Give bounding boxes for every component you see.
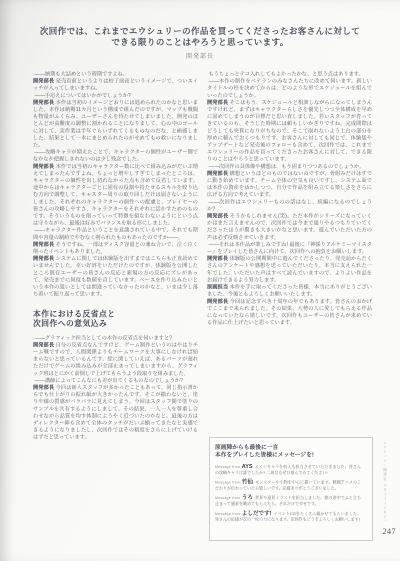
paragraph-text: ――本作の制作をベテランのみなさんたちに改めて伺います。新しいタイトルの柱を決め…	[207, 79, 372, 99]
paragraph-text: ――手応えについてはいかがでしょうか?	[35, 93, 131, 99]
speaker-name: 開発部長	[33, 256, 54, 262]
speaker-name: 開発部長	[33, 385, 54, 391]
quote-attribution: 開発部長	[0, 51, 400, 60]
interview-answer: 開発部長体験版の公開期間中に遊んでくださったり、発売前からたくさんのアンケートや…	[207, 256, 372, 284]
interview-question: ――本作の制作をベテランのみなさんたちに改めて伺います。新しいタイトルの柱を決め…	[207, 78, 372, 99]
paragraph-text: 本作では当初のキャラクター数に比べて組み込みがだいぶ増えてしまったんですよね。ち…	[33, 164, 198, 226]
section-heading-line1: 本作における反省点と	[33, 310, 116, 319]
speaker-name: 開発部長	[33, 242, 54, 248]
message-from-label: Message from	[215, 512, 240, 516]
paragraph-text: そうですね。一部はディスク容量との兼ね合いで、泣く泣く削ったイベントもありました…	[33, 242, 198, 255]
message-entries: Message fromAYSメインキャラを何人も担当させていただきました。皆さ…	[215, 464, 361, 522]
page-number: 247	[372, 527, 396, 536]
speaker-name: 開発部長	[207, 256, 228, 262]
message-from-label: Message from	[215, 481, 240, 485]
interview-answer: 開発部長今回は新人スタッフが多かったこともあって、同じ指示書からでも仕上がりの振…	[33, 384, 198, 441]
paragraph-continuation: もうちょっとテコ入れしてもよかったかな、と思う点はあります。	[207, 71, 372, 78]
interview-answer: 開発部長そうですね。一部はディスク容量との兼ね合いで、泣く泣く削ったイベントもあ…	[33, 241, 198, 255]
scanned-book-page: { "page": { "page_number": "247", "side_…	[0, 0, 400, 561]
paragraph-text: ――グラフィック担当としての本作の反省点を伺いますと?	[35, 335, 173, 341]
right-column: もうちょっとテコ入れしてもよかったかな、と思う点はあります。 ――本作の制作をベ…	[207, 71, 373, 427]
section-heading-line2: 次回作への意気込み	[33, 320, 107, 329]
speaker-name: 原画担当	[207, 285, 228, 291]
side-caption: エウシュリー開発室 スタッフインタビュー	[382, 441, 391, 521]
interview-answer: 開発部長システムに関しては体験版を出すまではこちらも正直読めていませんでした。幸…	[33, 256, 198, 299]
paragraph-text: 本作は当初のイメージどおりには進められたのかなと思いました。本作は納期11カ月と…	[33, 100, 198, 148]
paragraph-text: ――それは本作品が楽しみですね! 最後に『神採りアルケミーマイスター』をプレイし…	[207, 242, 372, 255]
paragraph-text: もうちょっとテコ入れしてもよかったかな、と思う点はあります。	[209, 72, 364, 78]
paragraph-text: ――キャラクター作品ということを意識されている中で、それでも期間や容量の制約でや…	[33, 228, 198, 241]
title-quote-line2: できる限りのことはやろうと思っています。	[0, 37, 400, 48]
message-from-label: Message from	[215, 497, 240, 501]
paragraph-text: ――次回作の具体像や構想は、もう固まりつつあるのでしょうか。	[209, 164, 365, 170]
paragraph-text: ――次回作はエウシュリーものの話はなし、続編になるのでしょうか?	[207, 199, 372, 212]
message-box-heading: 原画陣からも最後に一言 本作をプレイした皆様にメッセージを!	[215, 444, 361, 459]
artist-message: Message fromうろ背景や遠景イラストを担当しました。旅の途中でふと立ち…	[215, 495, 361, 507]
artist-message: Message from竹仙モンスターや小物を中心に描いています。戦闘アニメのこ…	[215, 480, 361, 492]
paragraph-text: ――講師によってこんなにも差が出てくるものなのでしょうか?	[35, 378, 183, 384]
artist-name: AYS	[242, 464, 253, 470]
interview-question: ――攻略キャラが増えたことで、キャラクターの個性がユーザー側でなかなか把握しきれ…	[33, 149, 198, 163]
title-quote-line1: 次回作では、これまでエウシュリーの作品を買ってくださったお客さんに対して	[0, 26, 400, 37]
paragraph-text: そこはもう、スケジュールと相談しながらになってしまうんですけれど、まずはキャラク…	[207, 100, 372, 162]
section-heading: 本作における反省点と 次回作への意気込み	[33, 309, 198, 329]
speaker-name: 開発部長	[33, 164, 54, 170]
artist-name: 竹仙	[242, 479, 253, 485]
interview-question: ――手応えについてはいかがでしょうか?	[33, 92, 198, 99]
paragraph-text: 体験版の公開期間中に遊んでくださったり、発売前からたくさんのアンケートや感想を送…	[207, 256, 372, 283]
speaker-name: 開発部長	[207, 171, 228, 177]
interview-answer: 開発部長発売直前というよりは校了前夜というイメージで、ついスイッチが入ってしまい…	[33, 78, 198, 92]
interview-answer: 開発部長本作では当初のキャラクター数に比べて組み込みがだいぶ増えてしまったんです…	[33, 163, 198, 227]
message-box-heading-line1: 原画陣からも最後に一言	[215, 445, 278, 451]
paragraph-text: 自分の反省点なんですけど、ゲーム制作というのはやはりチーム戦ですので、人間関係よ…	[33, 342, 198, 376]
interview-question: ――キャラクター作品ということを意識されている中で、それでも期間や容量の制約でや…	[33, 227, 198, 241]
artist-message-box: 原画陣からも最後に一言 本作をプレイした皆様にメッセージを! Message f…	[209, 437, 373, 541]
speaker-name: 開発部長	[33, 342, 54, 348]
page-title: 次回作では、これまでエウシュリーの作品を買ってくださったお客さんに対して できる…	[0, 26, 400, 60]
speaker-name: 開発部長	[207, 299, 228, 305]
interview-question: ――それは本作品が楽しみですね! 最後に『神採りアルケミーマイスター』をプレイし…	[207, 241, 372, 255]
artist-name: うろ	[242, 495, 253, 501]
paragraph-text: 構想というほどのものではないのですが、骨組みだけはすでに動き始めています。チーム…	[207, 171, 372, 198]
speaker-name: 開発部長	[207, 214, 228, 220]
paragraph-text: 発売直前というよりは校了前夜というイメージで、ついスイッチが入ってしまいますね。	[33, 79, 198, 92]
interview-answer: 原画担当本作を手に取ってくださった皆様、本当にありがとうございました。今後ともよ…	[207, 284, 372, 298]
speaker-name: 開発部長	[33, 79, 54, 85]
interview-answer: 開発部長そこはもう、スケジュールと相談しながらになってしまうんですけれど、まずは…	[207, 99, 372, 163]
interview-question: ――納期も大詰めという時期ですよね。	[33, 71, 198, 78]
paragraph-text: ――納期も大詰めという時期ですよね。	[35, 72, 129, 78]
side-caption-text: エウシュリー開発室 スタッフインタビュー	[382, 441, 387, 521]
paragraph-text: 今回は新人スタッフが多かったこともあって、同じ指示書からでも仕上がりの振れ幅が大…	[33, 385, 198, 440]
interview-question: ――次回作はエウシュリーものの話はなし、続編になるのでしょうか?	[207, 199, 372, 213]
interview-answer: 開発部長本作は当初のイメージどおりには進められたのかなと思いました。本作は納期1…	[33, 99, 198, 149]
paragraph-text: そうかもしれません(笑)。ただ本作がシリーズになっていくかはまだ言えませんので、…	[207, 214, 372, 241]
paragraph-text: 今回は記念すべき十周年の年でもあります。皆さんのおかげでここまで来られました。そ…	[207, 299, 372, 326]
interview-question: ――次回作の具体像や構想は、もう固まりつつあるのでしょうか。	[207, 163, 372, 170]
interview-answer: 開発部長今回は記念すべき十周年の年でもあります。皆さんのおかげでここまで来られま…	[207, 298, 372, 326]
paragraph-text: システムに関しては体験版を出すまではこちらも正直読めていませんでした。幸い好評を…	[33, 256, 198, 297]
interview-question: ――講師によってこんなにも差が出てくるものなのでしょうか?	[33, 377, 198, 384]
paragraph-text: ――攻略キャラが増えたことで、キャラクターの個性がユーザー側でなかなか把握しきれ…	[33, 150, 198, 163]
paragraph-text: 本作を手に取ってくださった皆様、本当にありがとうございました。今後ともよろしくお…	[207, 285, 372, 298]
artist-name: よしだです!	[242, 510, 272, 516]
interview-answer: 開発部長構想というほどのものではないのですが、骨組みだけはすでに動き始めています…	[207, 170, 372, 198]
left-column: ――納期も大詰めという時期ですよね。 開発部長発売直前というよりは校了前夜という…	[33, 71, 198, 541]
speaker-name: 開発部長	[207, 100, 228, 106]
message-box-heading-line2: 本作をプレイした皆様にメッセージを!	[215, 452, 314, 458]
interview-question: ――グラフィック担当としての本作の反省点を伺いますと?	[33, 335, 198, 342]
speaker-name: 開発部長	[33, 100, 54, 106]
message-from-label: Message from	[215, 466, 240, 470]
artist-message: Message fromAYSメインキャラを何人も担当させていただきました。皆さ…	[215, 464, 361, 476]
artist-message: Message fromよしだです!イベントCGをたくさん描かせてもらいました。…	[215, 511, 361, 523]
interview-answer: 開発部長そうかもしれません(笑)。ただ本作がシリーズになっていくかはまだ言えませ…	[207, 213, 372, 241]
interview-answer: 開発部長自分の反省点なんですけど、ゲーム制作というのはやはりチーム戦ですので、人…	[33, 342, 198, 378]
